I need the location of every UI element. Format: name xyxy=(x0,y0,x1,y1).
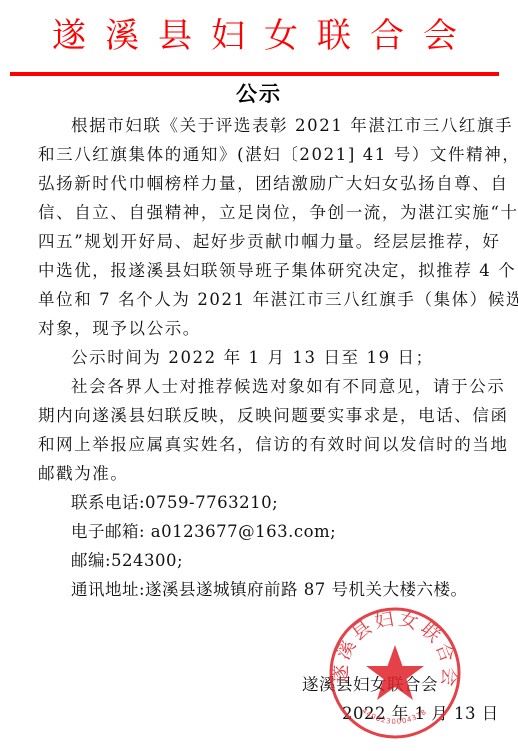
red-divider-rule xyxy=(10,72,499,76)
text-line: 和三八红旗集体的通知》(湛妇〔2021] 41 号）文件精神，为 xyxy=(38,140,468,169)
org-name-header: 遂溪县妇女联合会 xyxy=(0,14,518,58)
svg-text:4408230004378: 4408230004378 xyxy=(360,707,428,726)
publicity-period: 公示时间为 2022 年 1 月 13 日至 19 日； xyxy=(38,343,468,372)
contact-email: 电子邮箱: a0123677@163.com; xyxy=(38,517,468,546)
text-line: 四五”规划开好局、起好步贡献巾帼力量。经层层推荐，好 xyxy=(38,227,468,256)
contact-postcode: 邮编:524300; xyxy=(38,546,468,575)
seal-serial: 4408230004378 xyxy=(360,707,428,726)
text-line: 邮戳为准。 xyxy=(38,459,468,488)
document-title: 公示 xyxy=(0,80,518,108)
paragraph-3: 社会各界人士对推荐候选对象如有不同意见，请于公示 期内向遂溪县妇联反映，反映问题… xyxy=(38,372,468,488)
text-line: 中选优，报遂溪县妇联领导班子集体研究决定，拟推荐 4 个 xyxy=(38,256,468,285)
star-icon xyxy=(366,645,424,700)
text-line: 单位和 7 名个人为 2021 年湛江市三八红旗手（集体）候选 xyxy=(38,285,468,314)
text-line: 对象，现予以公示。 xyxy=(38,314,468,343)
document-body: 根据市妇联《关于评选表彰 2021 年湛江市三八红旗手 和三八红旗集体的通知》(… xyxy=(38,111,468,604)
text-line: 信、自立、自强精神，立足岗位，争创一流，为湛江实施“十 xyxy=(38,198,468,227)
text-line: 根据市妇联《关于评选表彰 2021 年湛江市三八红旗手 xyxy=(38,111,468,140)
seal-icon: 遂溪县妇女联合会 4408230004378 xyxy=(327,605,463,741)
text-line: 弘扬新时代巾帼榜样力量，团结激励广大妇女弘扬自尊、自 xyxy=(38,169,468,198)
contact-address: 通讯地址:遂溪县遂城镇府前路 87 号机关大楼六楼。 xyxy=(38,575,468,604)
text-line: 社会各界人士对推荐候选对象如有不同意见，请于公示 xyxy=(38,372,468,401)
text-line: 和网上举报应属真实姓名，信访的有效时间以发信时的当地 xyxy=(38,430,468,459)
text-line: 期内向遂溪县妇联反映，反映问题要实事求是，电话、信函 xyxy=(38,401,468,430)
official-seal-stamp: 遂溪县妇女联合会 4408230004378 xyxy=(327,605,463,741)
contact-phone: 联系电话:0759-7763210; xyxy=(38,488,468,517)
paragraph-1: 根据市妇联《关于评选表彰 2021 年湛江市三八红旗手 和三八红旗集体的通知》(… xyxy=(38,111,468,343)
